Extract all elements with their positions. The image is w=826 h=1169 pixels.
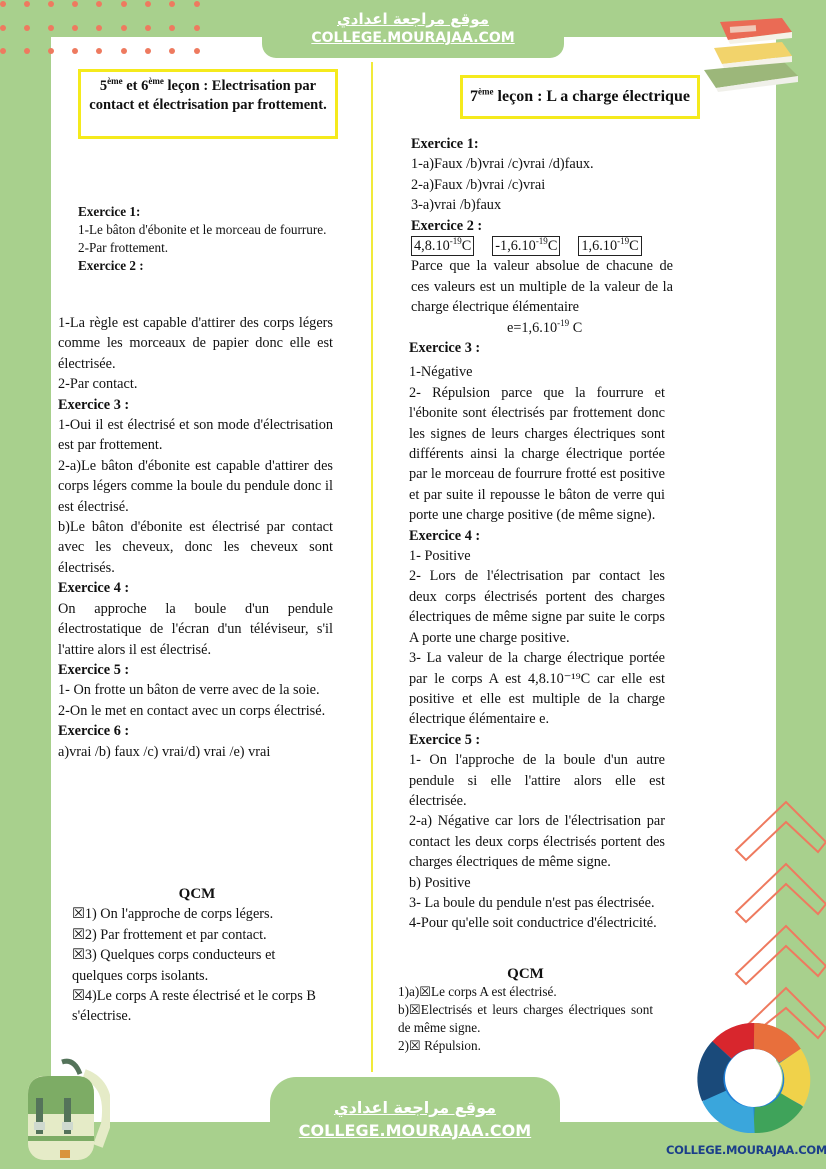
title-text: leçon : L a charge électrique [494, 88, 690, 105]
title-sup: ème [478, 87, 494, 97]
answer-line: 1- On frotte un bâton de verre avec de l… [58, 680, 333, 700]
charge-unit: C [548, 238, 558, 254]
elementary-charge: e=1,6.10-19 C [411, 318, 673, 338]
dot [24, 1, 30, 7]
dot [72, 25, 78, 31]
charge-exp: -19 [617, 236, 629, 246]
left-qcm: QCM ☒1) On l'approche de corps légers. ☒… [72, 884, 322, 1027]
site-url-link[interactable]: COLLEGE.MOURAJAA.COM [262, 28, 564, 48]
title-text: et 6 [123, 78, 149, 94]
answer-line: 2-Par frottement. [78, 239, 331, 257]
dot [48, 25, 54, 31]
answer-line: Parce que la valeur absolue de chacune d… [411, 256, 673, 317]
qcm-heading: QCM [398, 965, 653, 983]
dot [145, 25, 151, 31]
left-lesson-title: 5ème et 6ème leçon : Electrisation par c… [78, 69, 338, 139]
dot [145, 1, 151, 7]
left-exercise-1: Exercice 1: 1-Le bâton d'ébonite et le m… [78, 203, 331, 275]
site-name-arabic: موقع مراجعة اعدادي [270, 1077, 560, 1119]
qcm-item: 1)a)☒Le corps A est électrisé. [398, 983, 653, 1001]
backpack-icon [14, 1054, 110, 1164]
exercise-heading: Exercice 1: [78, 203, 331, 221]
logo-caption: COLLEGE.MOURAJAA.COM [666, 1143, 816, 1157]
charge-exp: -19 [450, 236, 462, 246]
charge-unit: C [629, 238, 639, 254]
footer-banner[interactable]: موقع مراجعة اعدادي COLLEGE.MOURAJAA.COM [270, 1077, 560, 1169]
title-text: 7 [470, 88, 478, 105]
dot [48, 1, 54, 7]
charge-base: 4,8.10 [414, 238, 450, 254]
qcm-item: ☒3) Quelques corps conducteurs et quelqu… [72, 945, 322, 986]
answer-line: 2-a)Le bâton d'ébonite est capable d'att… [58, 456, 333, 517]
charge-base: 1,6.10 [581, 238, 617, 254]
college-logo-icon [694, 1020, 818, 1138]
dot [0, 25, 6, 31]
exercise-heading: Exercice 5 : [58, 660, 333, 680]
exercise-heading: Exercice 6 : [58, 721, 333, 741]
dot [194, 25, 200, 31]
answer-line: 2-Par contact. [58, 374, 333, 394]
exercise-heading: Exercice 2 : [78, 257, 331, 275]
e-unit: C [569, 320, 582, 336]
answer-line: 1- On l'approche de la boule d'un autre … [409, 750, 665, 811]
dot [96, 25, 102, 31]
answer-line: b) Positive [409, 873, 665, 893]
answer-line: 2-On le met en contact avec un corps éle… [58, 701, 333, 721]
exercise-heading: Exercice 2 : [411, 216, 673, 236]
charges-row: 4,8.10-19C-1,6.10-19C1,6.10-19C [411, 236, 673, 256]
answer-line: 2- Répulsion parce que la fourrure et l'… [409, 383, 665, 526]
answer-line: 1- Positive [409, 546, 665, 566]
qcm-item: ☒2) Par frottement et par contact. [72, 925, 322, 945]
dot [24, 48, 30, 54]
qcm-item: b)☒Electrisés et leurs charges électriqu… [398, 1001, 653, 1037]
dot [194, 1, 200, 7]
e-base: e=1,6.10 [507, 320, 557, 336]
charge-unit: C [462, 238, 472, 254]
dot [96, 1, 102, 7]
title-sup: ème [148, 76, 164, 86]
answer-line: 1-Négative [409, 362, 665, 382]
exercise-heading: Exercice 4 : [58, 578, 333, 598]
charge-value: 1,6.10-19C [578, 236, 641, 256]
answer-line: 3-a)vrai /b)faux [411, 195, 673, 215]
qcm-item: ☒4)Le corps A reste électrisé et le corp… [72, 986, 322, 1027]
header-banner[interactable]: موقع مراجعة اعدادي COLLEGE.MOURAJAA.COM [262, 0, 564, 58]
answer-line: 1-a)Faux /b)vrai /c)vrai /d)faux. [411, 154, 673, 174]
dot [169, 1, 175, 7]
answer-line: 3- La valeur de la charge électrique por… [409, 648, 665, 730]
exercise-heading: Exercice 3 : [409, 338, 665, 358]
exercise-heading: Exercice 4 : [409, 526, 665, 546]
dot [194, 48, 200, 54]
dot [169, 25, 175, 31]
dot [96, 48, 102, 54]
charge-base: -1,6.10 [495, 238, 536, 254]
answer-line: On approche la boule d'un pendule électr… [58, 599, 333, 660]
answer-line: 1-Le bâton d'ébonite et le morceau de fo… [78, 221, 331, 239]
exercise-heading: Exercice 5 : [409, 730, 665, 750]
e-exp: -19 [557, 318, 569, 328]
column-divider [371, 62, 373, 1072]
answer-line: 2- Lors de l'électrisation par contact l… [409, 566, 665, 648]
exercise-heading: Exercice 3 : [58, 395, 333, 415]
qcm-item: ☒1) On l'approche de corps légers. [72, 904, 322, 924]
qcm-item: 2)☒ Répulsion. [398, 1037, 653, 1055]
answer-line: b)Le bâton d'ébonite est électrisé par c… [58, 517, 333, 578]
charge-exp: -19 [536, 236, 548, 246]
dot [121, 48, 127, 54]
chevron-up-decoration-icon [734, 790, 826, 1040]
dot [145, 48, 151, 54]
answer-line: a)vrai /b) faux /c) vrai/d) vrai /e) vra… [58, 742, 333, 762]
dot [0, 1, 6, 7]
dot [121, 25, 127, 31]
qcm-heading: QCM [72, 884, 322, 904]
answer-line: 1-La règle est capable d'attirer des cor… [58, 313, 333, 374]
right-lesson-title: 7ème leçon : L a charge électrique [460, 75, 700, 119]
right-exercises-3-5: Exercice 3 : 1-Négative 2- Répulsion par… [409, 338, 665, 934]
books-icon [694, 10, 804, 92]
dot [121, 1, 127, 7]
answer-line: 1-Oui il est électrisé et son mode d'éle… [58, 415, 333, 456]
dot [24, 25, 30, 31]
dot [72, 48, 78, 54]
right-qcm: QCM 1)a)☒Le corps A est électrisé. b)☒El… [398, 965, 653, 1055]
dot [72, 1, 78, 7]
site-url-link[interactable]: COLLEGE.MOURAJAA.COM [270, 1119, 560, 1143]
answer-line: 2-a)Faux /b)vrai /c)vrai [411, 175, 673, 195]
answer-line: 4-Pour qu'elle soit conductrice d'électr… [409, 913, 665, 933]
dot [48, 48, 54, 54]
dot [0, 48, 6, 54]
left-exercises-2-6: 1-La règle est capable d'attirer des cor… [58, 313, 333, 762]
charge-value: 4,8.10-19C [411, 236, 474, 256]
right-exercises-1-2: Exercice 1: 1-a)Faux /b)vrai /c)vrai /d)… [411, 134, 673, 338]
answer-line: 2-a) Négative car lors de l'électrisatio… [409, 811, 665, 872]
charge-value: -1,6.10-19C [492, 236, 560, 256]
site-name-arabic: موقع مراجعة اعدادي [262, 0, 564, 28]
title-sup: ème [107, 76, 123, 86]
dot [169, 48, 175, 54]
answer-line: 3- La boule du pendule n'est pas électri… [409, 893, 665, 913]
exercise-heading: Exercice 1: [411, 134, 673, 154]
